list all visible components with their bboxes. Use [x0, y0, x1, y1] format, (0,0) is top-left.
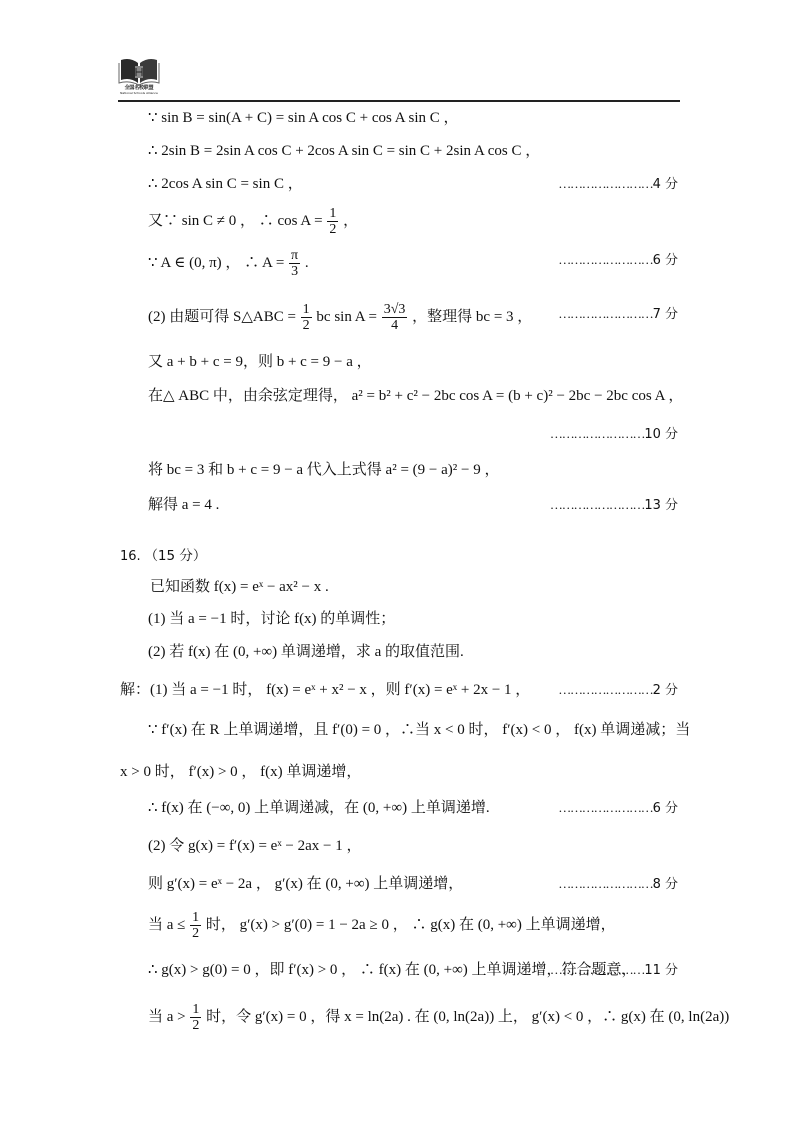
fraction: 12	[301, 302, 312, 333]
score-marker: ……………………8 分	[558, 874, 678, 895]
solution-line: 将 bc = 3 和 b + c = 9 − a 代入上式得 a² = (9 −…	[148, 460, 500, 480]
header-rule	[118, 100, 680, 102]
problem-part-1: (1) 当 a = −1 时，讨论 f(x) 的单调性；	[148, 609, 395, 629]
solution-line: ∴ 2cos A sin C = sin C ，	[148, 174, 303, 194]
fraction: 12	[190, 1002, 201, 1033]
score-marker: ……………………11 分	[550, 960, 678, 981]
problem-statement: 已知函数 f(x) = eˣ − ax² − x .	[150, 577, 329, 597]
solution-line: 又∵ sin C ≠ 0 ， ∴ cos A = 12 ，	[148, 206, 358, 237]
solution-line: x > 0 时， f′(x) > 0 ， f(x) 单调递增，	[120, 762, 361, 782]
solution-line: ∴ f(x) 在 (−∞, 0) 上单调递减，在 (0, +∞) 上单调递增.	[148, 798, 490, 818]
solution-line: 又 a + b + c = 9，则 b + c = 9 − a ，	[148, 352, 372, 372]
solution-line: 解：(1) 当 a = −1 时， f(x) = eˣ + x² − x ，则 …	[120, 680, 530, 700]
score-marker: ……………………4 分	[558, 174, 678, 195]
solution-line: ∵ f′(x) 在 R 上单调递增，且 f′(0) = 0 ，∴当 x < 0 …	[148, 720, 690, 740]
problem-part-2: (2) 若 f(x) 在 (0, +∞) 单调递增，求 a 的取值范围.	[148, 642, 464, 662]
solution-line: 解得 a = 4 .	[148, 495, 219, 515]
solution-line: (2) 令 g(x) = f′(x) = eˣ − 2ax − 1 ，	[148, 836, 362, 856]
score-marker: ……………………10 分	[550, 424, 678, 445]
score-marker: ……………………6 分	[558, 250, 678, 271]
fraction: π3	[289, 248, 300, 279]
logo-subtext: National Schools Alliance	[118, 91, 160, 95]
solution-line: ∴ 2sin B = 2sin A cos C + 2cos A sin C =…	[148, 141, 540, 161]
score-marker: ……………………6 分	[558, 798, 678, 819]
solution-line: 当 a > 12 时，令 g′(x) = 0 ，得 x = ln(2a) . 在…	[148, 1002, 729, 1033]
solution-line: 当 a ≤ 12 时， g′(x) > g′(0) = 1 − 2a ≥ 0 ，…	[148, 910, 616, 941]
problem-number: 16.	[120, 549, 141, 564]
school-alliance-logo: 全国名校联盟 National Schools Alliance	[118, 54, 160, 98]
solution-line: 在△ ABC 中，由余弦定理得， a² = b² + c² − 2bc cos …	[148, 386, 683, 406]
problem-points: （15 分）	[144, 548, 206, 564]
solution-line: ∵ sin B = sin(A + C) = sin A cos C + cos…	[148, 108, 459, 128]
fraction: 12	[190, 910, 201, 941]
solution-line: (2) 由题可得 S△ABC = 12 bc sin A = 3√34 ，整理得…	[148, 302, 532, 333]
fraction: 12	[327, 206, 338, 237]
score-marker: ……………………2 分	[558, 680, 678, 701]
open-book-icon	[118, 54, 160, 86]
score-marker: ……………………7 分	[558, 304, 678, 325]
fraction: 3√34	[382, 302, 408, 333]
problem-header: 16. （15 分）	[120, 546, 206, 567]
solution-line: 则 g′(x) = eˣ − 2a ， g′(x) 在 (0, +∞) 上单调递…	[148, 874, 463, 894]
solution-line: ∵ A ∈ (0, π) ， ∴ A = π3 .	[148, 248, 309, 279]
score-marker: ……………………13 分	[550, 495, 678, 516]
